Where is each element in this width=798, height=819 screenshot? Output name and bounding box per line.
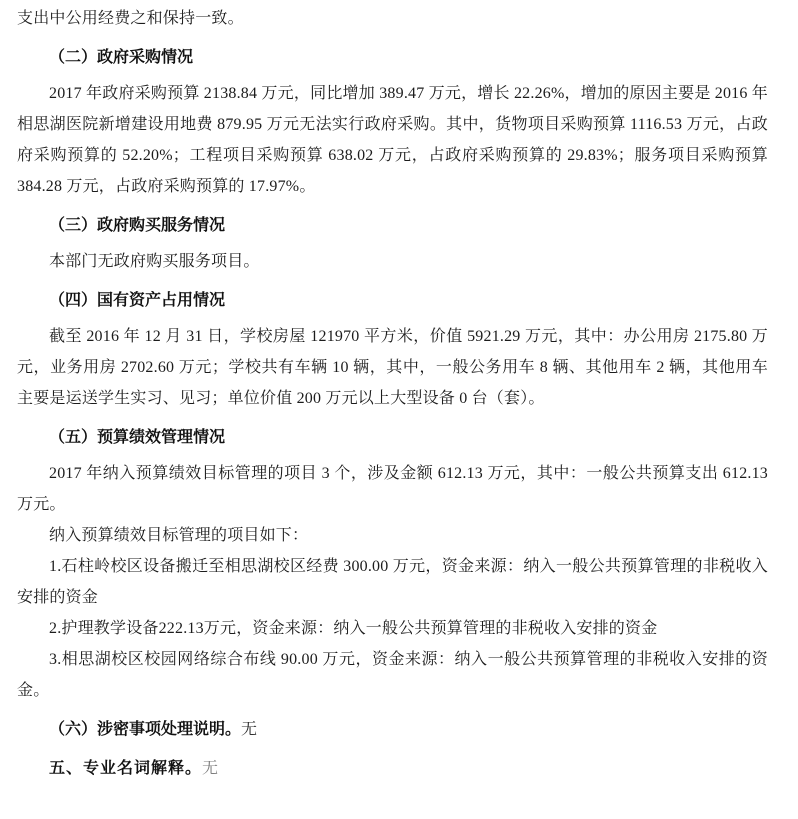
paragraph-project-3: 3.相思湖校区校园网络综合布线 90.00 万元，资金来源：纳入一般公共预算管理… [17,644,768,706]
section-heading-6-label: （六）涉密事项处理说明。 [49,721,241,738]
paragraph-state-assets-details: 截至 2016 年 12 月 31 日，学校房屋 121970 平方米，价值 5… [17,321,768,414]
section-heading-3-purchased-services: （三）政府购买服务情况 [17,210,768,241]
paragraph-performance-summary: 2017 年纳入预算绩效目标管理的项目 3 个，涉及金额 612.13 万元，其… [17,458,768,520]
paragraph-performance-list-intro: 纳入预算绩效目标管理的项目如下： [17,520,768,551]
document-page: 支出中公用经费之和保持一致。 （二）政府采购情况 2017 年政府采购预算 21… [0,0,798,819]
section-heading-4-state-assets: （四）国有资产占用情况 [17,285,768,316]
paragraph-project-2: 2.护理教学设备222.13万元，资金来源：纳入一般公共预算管理的非税收入安排的… [17,613,768,644]
section-heading-five-label: 五、专业名词解释。 [49,760,202,777]
paragraph-project-1: 1.石柱岭校区设备搬迁至相思湖校区经费 300.00 万元，资金来源：纳入一般公… [17,551,768,613]
paragraph-continuation: 支出中公用经费之和保持一致。 [17,3,768,34]
paragraph-no-purchased-services: 本部门无政府购买服务项目。 [17,246,768,277]
paragraph-procurement-details: 2017 年政府采购预算 2138.84 万元，同比增加 389.47 万元，增… [17,78,768,202]
section-heading-five-terminology: 五、专业名词解释。无 [17,753,768,784]
section-heading-6-classified-matters: （六）涉密事项处理说明。无 [17,714,768,745]
section-heading-five-value-none: 无 [202,760,219,777]
section-heading-6-value-none: 无 [241,721,257,738]
section-heading-2-government-procurement: （二）政府采购情况 [17,42,768,73]
section-heading-5-budget-performance: （五）预算绩效管理情况 [17,422,768,453]
